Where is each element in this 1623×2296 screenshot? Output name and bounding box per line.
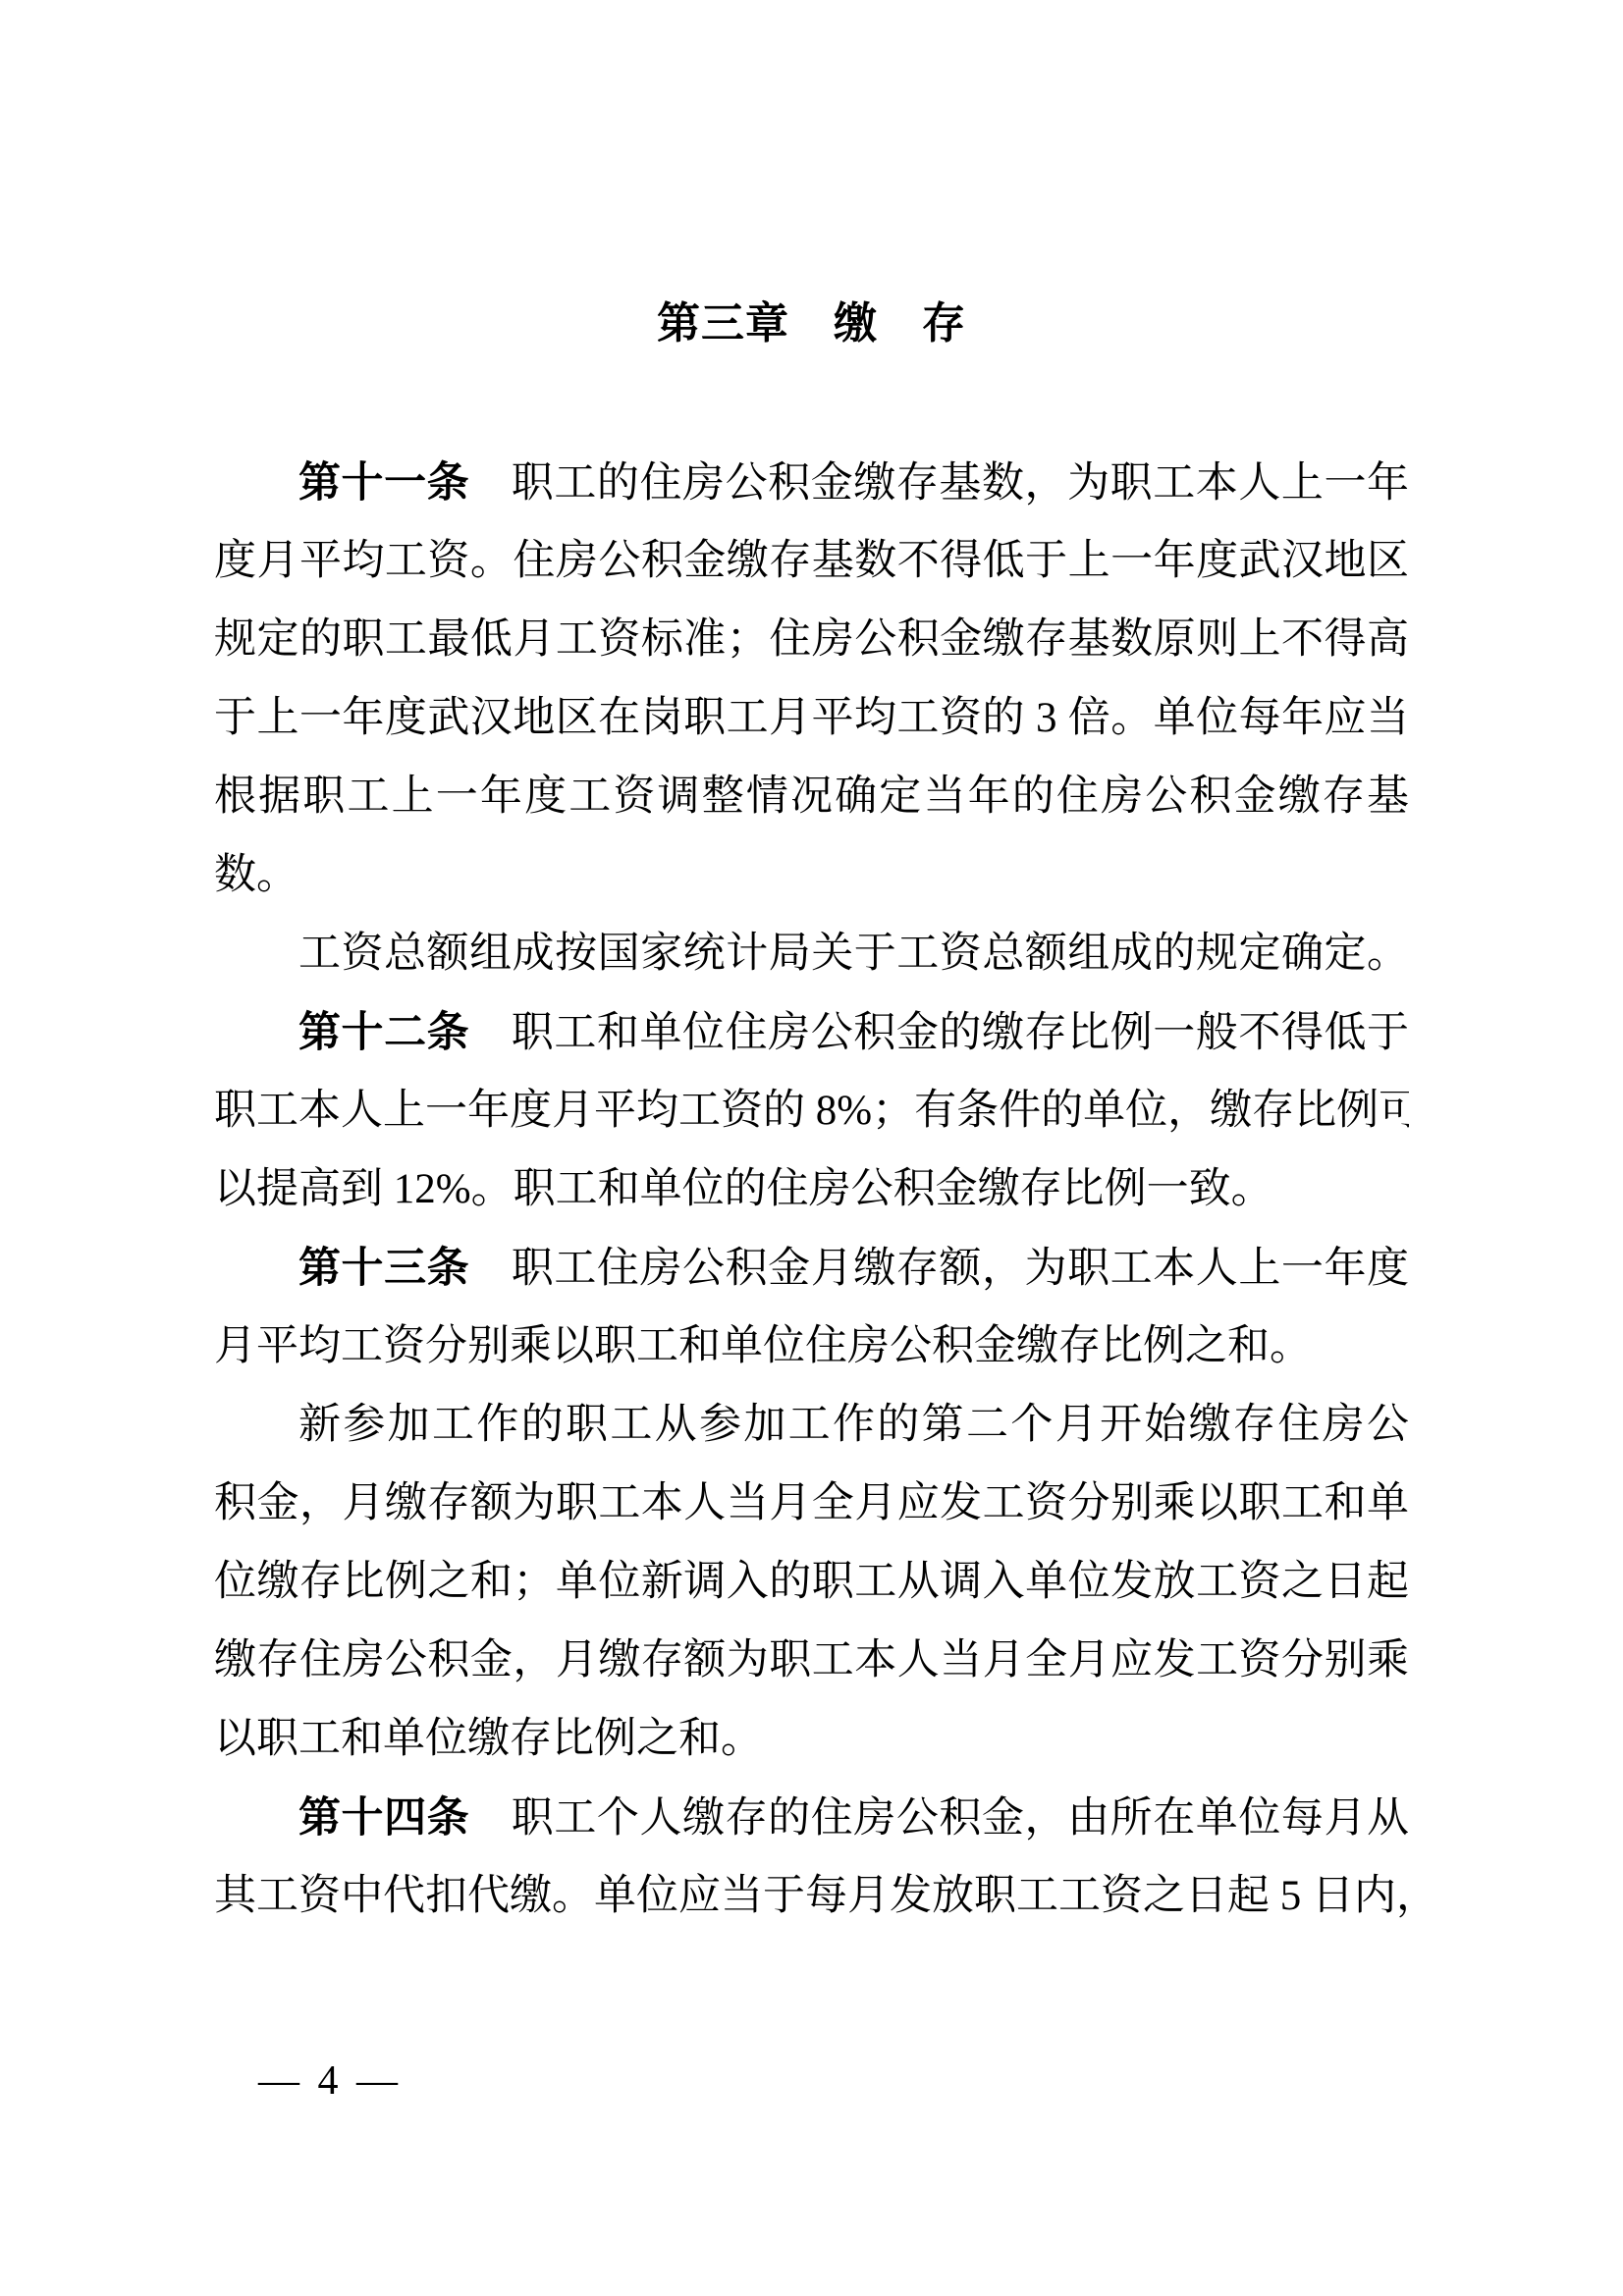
text-line: 其工资中代扣代缴。单位应当于每月发放职工工资之日起 5 日内， bbox=[214, 1857, 1409, 1936]
text-line: 数。 bbox=[214, 836, 1409, 915]
text-line: 第十四条职工个人缴存的住房公积金，由所在单位每月从 bbox=[214, 1779, 1409, 1857]
text-line: 工资总额组成按国家统计局关于工资总额组成的规定确定。 bbox=[214, 915, 1409, 993]
text-line: 以职工和单位缴存比例之和。 bbox=[214, 1700, 1409, 1779]
line-text: 缴存住房公积金，月缴存额为职工本人当月全月应发工资分别乘 bbox=[214, 1637, 1409, 1683]
line-text: 月平均工资分别乘以职工和单位住房公积金缴存比例之和。 bbox=[214, 1323, 1312, 1369]
article-number: 第十一条 bbox=[298, 459, 469, 507]
article-number: 第十四条 bbox=[298, 1794, 469, 1842]
article-number: 第十二条 bbox=[298, 1009, 469, 1056]
text-line: 第十二条职工和单位住房公积金的缴存比例一般不得低于 bbox=[214, 993, 1409, 1072]
line-text: 规定的职工最低月工资标准；住房公积金缴存基数原则上不得高 bbox=[214, 616, 1409, 663]
document-page: 第三章 缴 存 第十一条职工的住房公积金缴存基数，为职工本人上一年度月平均工资。… bbox=[0, 0, 1623, 2296]
line-text: 职工住房公积金月缴存额，为职工本人上一年度 bbox=[511, 1246, 1409, 1292]
page-number: — 4 — bbox=[258, 2052, 402, 2110]
line-text: 积金，月缴存额为职工本人当月全月应发工资分别乘以职工和单 bbox=[214, 1480, 1409, 1526]
line-text: 度月平均工资。住房公积金缴存基数不得低于上一年度武汉地区 bbox=[214, 538, 1409, 584]
text-line: 位缴存比例之和；单位新调入的职工从调入单位发放工资之日起 bbox=[214, 1543, 1409, 1622]
text-line: 规定的职工最低月工资标准；住房公积金缴存基数原则上不得高 bbox=[214, 601, 1409, 679]
chapter-title: 第三章 缴 存 bbox=[0, 294, 1623, 353]
line-text: 职工个人缴存的住房公积金，由所在单位每月从 bbox=[511, 1795, 1409, 1842]
line-text: 其工资中代扣代缴。单位应当于每月发放职工工资之日起 5 日内， bbox=[214, 1873, 1409, 1919]
line-text: 位缴存比例之和；单位新调入的职工从调入单位发放工资之日起 bbox=[214, 1559, 1409, 1605]
line-text: 根据职工上一年度工资调整情况确定当年的住房公积金缴存基 bbox=[214, 774, 1409, 820]
text-line: 新参加工作的职工从参加工作的第二个月开始缴存住房公 bbox=[214, 1386, 1409, 1465]
text-line: 以提高到 12%。职工和单位的住房公积金缴存比例一致。 bbox=[214, 1150, 1409, 1229]
line-text: 职工本人上一年度月平均工资的 8%；有条件的单位，缴存比例可 bbox=[214, 1088, 1409, 1134]
document-body: 第十一条职工的住房公积金缴存基数，为职工本人上一年度月平均工资。住房公积金缴存基… bbox=[214, 444, 1409, 1936]
text-line: 月平均工资分别乘以职工和单位住房公积金缴存比例之和。 bbox=[214, 1308, 1409, 1386]
text-line: 度月平均工资。住房公积金缴存基数不得低于上一年度武汉地区 bbox=[214, 522, 1409, 601]
text-line: 积金，月缴存额为职工本人当月全月应发工资分别乘以职工和单 bbox=[214, 1465, 1409, 1543]
line-text: 数。 bbox=[214, 852, 298, 898]
text-line: 根据职工上一年度工资调整情况确定当年的住房公积金缴存基 bbox=[214, 758, 1409, 836]
text-line: 职工本人上一年度月平均工资的 8%；有条件的单位，缴存比例可 bbox=[214, 1072, 1409, 1150]
text-line: 缴存住房公积金，月缴存额为职工本人当月全月应发工资分别乘 bbox=[214, 1622, 1409, 1700]
line-text: 职工的住房公积金缴存基数，为职工本人上一年 bbox=[511, 460, 1409, 507]
line-text: 以职工和单位缴存比例之和。 bbox=[214, 1716, 763, 1762]
text-line: 第十三条职工住房公积金月缴存额，为职工本人上一年度 bbox=[214, 1229, 1409, 1308]
line-text: 工资总额组成按国家统计局关于工资总额组成的规定确定。 bbox=[298, 931, 1409, 977]
line-text: 新参加工作的职工从参加工作的第二个月开始缴存住房公 bbox=[298, 1402, 1409, 1448]
text-line: 第十一条职工的住房公积金缴存基数，为职工本人上一年 bbox=[214, 444, 1409, 522]
line-text: 职工和单位住房公积金的缴存比例一般不得低于 bbox=[511, 1010, 1409, 1056]
line-text: 以提高到 12%。职工和单位的住房公积金缴存比例一致。 bbox=[214, 1166, 1273, 1212]
article-number: 第十三条 bbox=[298, 1245, 469, 1292]
line-text: 于上一年度武汉地区在岗职工月平均工资的 3 倍。单位每年应当 bbox=[214, 695, 1409, 741]
text-line: 于上一年度武汉地区在岗职工月平均工资的 3 倍。单位每年应当 bbox=[214, 679, 1409, 758]
